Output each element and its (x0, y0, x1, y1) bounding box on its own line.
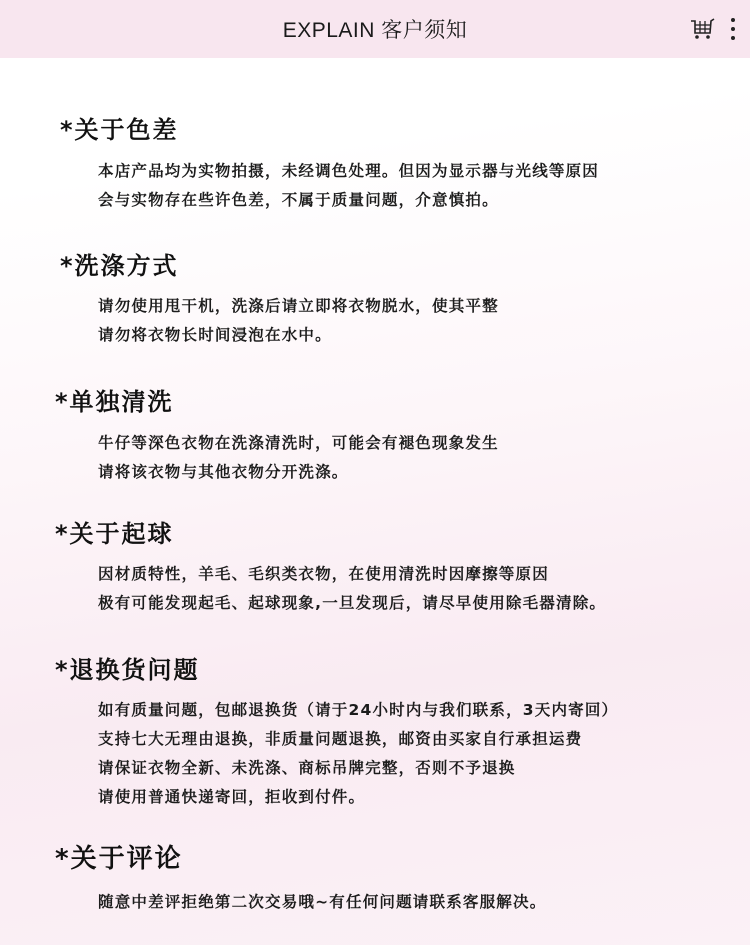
section-title: *单独清洗 (55, 382, 174, 417)
section-title: *关于色差 (60, 110, 179, 145)
section-line: 请勿使用甩干机，洗涤后请立即将衣物脱水，使其平整 (98, 292, 499, 321)
header-actions (690, 14, 736, 44)
more-vertical-icon (730, 17, 736, 41)
section-line: 如有质量问题，包邮退换货（请于24小时内与我们联系，3天内寄回） (98, 696, 618, 725)
section-body: 随意中差评拒绝第二次交易哦~有任何问题请联系客服解决。 (98, 888, 546, 917)
cart-icon (690, 18, 716, 40)
top-bar: EXPLAIN 客户须知 (0, 0, 750, 58)
section-body: 请勿使用甩干机，洗涤后请立即将衣物脱水，使其平整 请勿将衣物长时间浸泡在水中。 (98, 292, 499, 350)
section-body: 因材质特性，羊毛、毛织类衣物，在使用清洗时因摩擦等原因 极有可能发现起毛、起球现… (98, 560, 606, 618)
section-title: *关于评论 (55, 838, 183, 875)
more-button[interactable] (730, 17, 736, 41)
section-title: *关于起球 (55, 514, 174, 549)
section-body: 牛仔等深色衣物在洗涤清洗时，可能会有褪色现象发生 请将该衣物与其他衣物分开洗涤。 (98, 429, 499, 487)
section-body: 本店产品均为实物拍摄，未经调色处理。但因为显示器与光线等原因 会与实物存在些许色… (98, 157, 599, 215)
section-line: 极有可能发现起毛、起球现象,一旦发现后，请尽早使用除毛器清除。 (98, 589, 606, 618)
cart-button[interactable] (690, 18, 716, 40)
section-line: 牛仔等深色衣物在洗涤清洗时，可能会有褪色现象发生 (98, 429, 499, 458)
section-line: 随意中差评拒绝第二次交易哦~有任何问题请联系客服解决。 (98, 888, 546, 917)
section-line: 请将该衣物与其他衣物分开洗涤。 (98, 458, 499, 487)
section-title: *退换货问题 (55, 650, 200, 685)
page-title: EXPLAIN 客户须知 (283, 14, 468, 44)
section-line: 本店产品均为实物拍摄，未经调色处理。但因为显示器与光线等原因 (98, 157, 599, 186)
section-line: 请使用普通快递寄回，拒收到付件。 (98, 783, 618, 812)
section-line: 请保证衣物全新、未洗涤、商标吊牌完整，否则不予退换 (98, 754, 618, 783)
section-line: 因材质特性，羊毛、毛织类衣物，在使用清洗时因摩擦等原因 (98, 560, 606, 589)
section-line: 请勿将衣物长时间浸泡在水中。 (98, 321, 499, 350)
section-line: 会与实物存在些许色差，不属于质量问题，介意慎拍。 (98, 186, 599, 215)
section-line: 支持七大无理由退换，非质量问题退换，邮资由买家自行承担运费 (98, 725, 618, 754)
section-title: *洗涤方式 (60, 246, 179, 281)
section-body: 如有质量问题，包邮退换货（请于24小时内与我们联系，3天内寄回） 支持七大无理由… (98, 696, 618, 812)
